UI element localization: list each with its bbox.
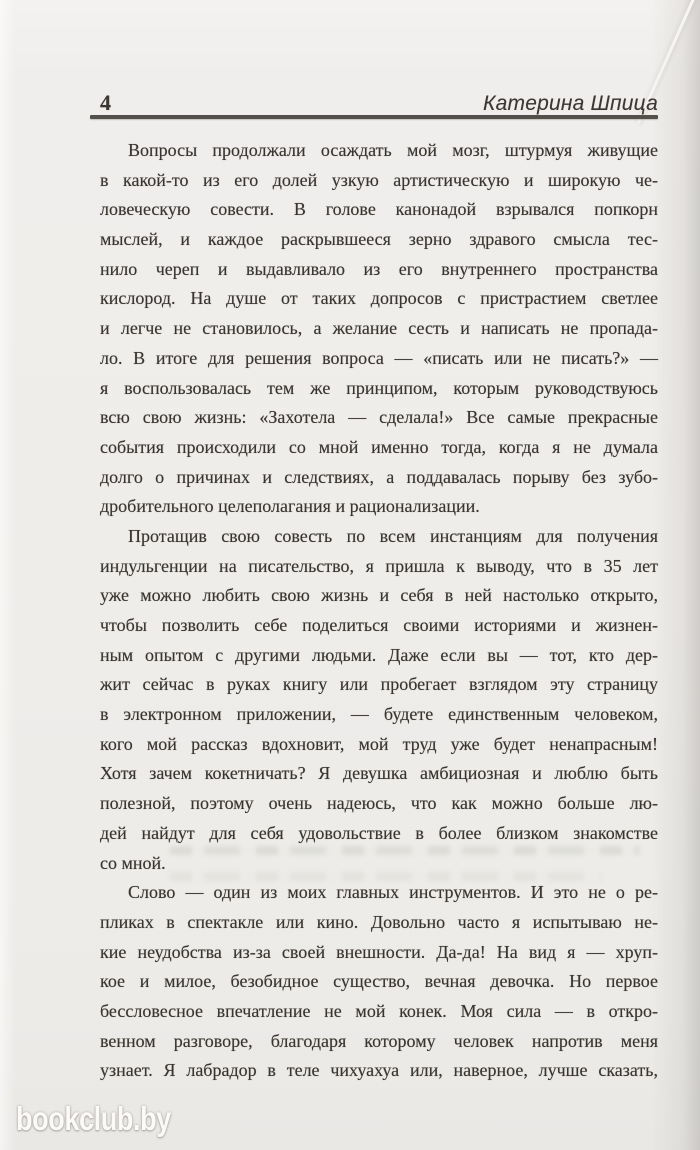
text-line: я воспользовалась тем же принципом, кото…: [100, 374, 658, 404]
scanned-book-page: 4 Катерина Шпица Вопросы продолжали осаж…: [0, 0, 700, 1150]
page-header: 4 Катерина Шпица: [100, 86, 658, 114]
text-line: кого мой рассказ вдохновит, мой труд уже…: [100, 730, 658, 760]
text-line: узнает. Я лабрадор в теле чихуахуа или, …: [100, 1056, 658, 1086]
text-line: мыслей, и каждое раскрывшееся зерно здра…: [100, 225, 658, 255]
header-rule: [90, 115, 658, 119]
text-line: уже можно любить свою жизнь и себя в ней…: [100, 581, 658, 611]
text-line: ным опытом с другими людьми. Даже если в…: [100, 641, 658, 671]
text-line: Хотя зачем кокетничать? Я девушка амбици…: [100, 759, 658, 789]
text-line: чтобы позволить себе поделиться своими и…: [100, 611, 658, 641]
text-line: бессловесное впечатление не мой конек. М…: [100, 997, 658, 1027]
text-line: Слово — один из моих главных инструменто…: [100, 878, 658, 908]
text-line: жит сейчас в руках книгу или пробегает в…: [100, 670, 658, 700]
body-text: Вопросы продолжали осаждать мой мозг, шт…: [100, 136, 658, 1086]
text-line: события происходили со мной именно тогда…: [100, 433, 658, 463]
text-line: Вопросы продолжали осаждать мой мозг, шт…: [100, 136, 658, 166]
text-line: индульгенции на писательство, я пришла к…: [100, 552, 658, 582]
text-line: пликах в спектакле или кино. Довольно ча…: [100, 908, 658, 938]
text-line: в какой-то из его долей узкую артистичес…: [100, 166, 658, 196]
text-line: кое и милое, безобидное существо, вечная…: [100, 967, 658, 997]
text-line: дробительного целеполагания и рационализ…: [100, 492, 658, 522]
text-line: венном разговоре, благодаря которому чел…: [100, 1027, 658, 1057]
page-number: 4: [100, 92, 111, 114]
text-line: дей найдут для себя удовольствие в более…: [100, 819, 658, 849]
text-line: со мной.: [100, 849, 658, 879]
text-line: полезной, поэтому очень надеюсь, что как…: [100, 789, 658, 819]
text-line: ловеческую совести. В голове канонадой в…: [100, 195, 658, 225]
text-line: всю свою жизнь: «Захотела — сделала!» Вс…: [100, 403, 658, 433]
text-line: и легче не становилось, а желание сесть …: [100, 314, 658, 344]
watermark: bookclub.by: [16, 1100, 171, 1138]
running-head-author: Катерина Шпица: [483, 93, 658, 114]
text-line: в электронном приложении, — будете единс…: [100, 700, 658, 730]
text-line: долго о причинах и следствиях, а поддава…: [100, 463, 658, 493]
text-line: нило череп и выдавливало из его внутренн…: [100, 255, 658, 285]
text-line: Протащив свою совесть по всем инстанциям…: [100, 522, 658, 552]
text-line: кислород. На душе от таких допросов с пр…: [100, 284, 658, 314]
text-line: ло. В итоге для решения вопроса — «писат…: [100, 344, 658, 374]
text-line: кие неудобства из-за своей внешности. Да…: [100, 938, 658, 968]
